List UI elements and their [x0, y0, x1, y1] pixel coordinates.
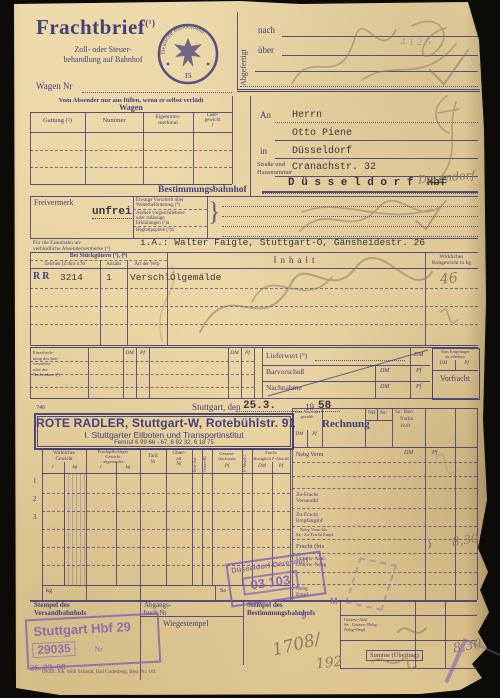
nebg-dm: DM — [404, 450, 413, 457]
frei-row2c: Erklärungen (⁵)a — [136, 221, 169, 227]
tarif-1: Tarif — [140, 454, 166, 460]
brace-glyph: } — [208, 198, 220, 227]
destination-city: D ü s s e l d o r f — [288, 177, 413, 189]
frachtpf-kg: kg — [116, 465, 140, 471]
fracht-pf: Pf — [272, 464, 290, 470]
nebg-verm-label: Nebg Verm — [296, 452, 323, 459]
tarif-2: Nr — [140, 460, 166, 466]
col-gattung: Gattung (²) — [30, 117, 85, 124]
nach-label: nach — [258, 26, 275, 36]
gesamt-pf: Pf — [212, 464, 242, 470]
nachn-label: Nachn — [400, 417, 413, 423]
form-number: 746 — [36, 405, 45, 412]
col-inhalt: Inhalt — [167, 256, 425, 266]
nb-label: NB — [368, 410, 376, 416]
addressee-street: Cranachstr. 32 — [292, 162, 376, 173]
stamp-letter-m: M — [330, 597, 338, 607]
fracht-col-2: abzüglich F-Abschl — [252, 457, 290, 462]
zufracht-versand-2: Versandbf — [296, 498, 318, 504]
nachnahme-pf: Pf — [416, 384, 421, 391]
barvorschuss-label: Barvorschuß — [266, 368, 304, 376]
gesamt-2: frachtsatz — [212, 457, 242, 462]
rechnung-title: Rechnung — [322, 418, 365, 430]
bestimmungsbahnhof-label: Bestimmungsbahnhof — [158, 185, 247, 195]
versand-date-stamp: 25. 03. 58 — [30, 663, 66, 673]
einzel-pf-1: Pf — [136, 350, 149, 356]
subtitle-line2: behandlung auf Bahnhof — [38, 56, 168, 65]
absender-dm: DM — [292, 432, 307, 438]
versand-station-stamp: Stuttgart Hbf 29 29035 Nr — [25, 613, 161, 670]
absendervermerk-value: i.A.: Walter Faigle, Stuttgart-O, Gänshe… — [140, 238, 425, 248]
col-lade-3: t — [193, 123, 232, 129]
f-abschl-vertical: F-Abschl — [243, 451, 248, 472]
zufracht-empfang-2: Empfangsbf — [296, 518, 323, 524]
col-rohgewicht-2: Rohgewicht in kg — [425, 260, 478, 266]
snd-art-vertical: Snd-Art — [193, 451, 198, 472]
fracht-dm: DM — [252, 464, 272, 470]
col-eigentum-2: merkmal — [143, 120, 193, 126]
col-art-verp: Art der Verp — [127, 262, 167, 268]
col-nummer: Nummer — [85, 117, 143, 124]
sum-kg-label: kg — [46, 588, 52, 595]
stamp-city: Stuttgart Hbf 29 — [33, 620, 131, 639]
wirkl-kg: kg — [64, 465, 86, 471]
radler-line1: ROTE RADLER, Stuttgart-W, Rotebühlstr. 9… — [36, 417, 292, 430]
lieferwert-label: Lieferwert (⁹) — [266, 352, 307, 360]
absender-pf: Pf — [307, 432, 322, 438]
addressee-salutation: Herrn — [292, 110, 322, 121]
fracht-close-paren: ) — [428, 540, 431, 550]
stamp-nr-label: Nr — [94, 645, 103, 654]
vorfracht-label: Vorfracht — [432, 375, 478, 384]
goods-verpackung: Verschl. — [130, 273, 176, 283]
an-label: An — [260, 111, 271, 121]
goods-anzahl: 1 — [106, 273, 112, 283]
vorfr-label: Vorfr — [400, 424, 410, 430]
dest-stamp-number: 03 103 — [241, 570, 299, 596]
frachtpf-t: t — [86, 465, 116, 471]
stamp-digit-9: 9 — [301, 611, 307, 622]
gueter-kl-vertical: Güter-Kl — [203, 451, 208, 472]
col-zeichen: Zeichen (Zchn) u Nr — [30, 262, 100, 268]
ueber-label: über — [258, 46, 274, 56]
einzel-dm-2: DM — [228, 350, 241, 356]
barvorschuss-pf: Pf — [416, 368, 421, 375]
nebg-bis-2: Sa : Zu-Fracht Empf — [296, 533, 333, 538]
title-footnote: (¹) — [145, 18, 155, 28]
gueterart-3: Nr — [166, 462, 192, 468]
frei-row1b: Weiterbeförderung (⁴) — [136, 203, 180, 209]
street-label-1: Straße und — [257, 161, 285, 168]
page-title: Frachtbrief(¹) — [36, 16, 156, 39]
stueckgueter-group-header: Bei Stückgütern (⁷), (⁸) — [30, 253, 167, 261]
in-label: in — [260, 147, 267, 157]
goods-gewicht-pencil: 46 — [439, 271, 458, 288]
wagen-nr-label: Wagen Nr — [36, 82, 73, 92]
date-place-label: Stuttgart, den — [192, 403, 241, 413]
wirkl-gewicht-2: Gewicht — [42, 457, 86, 463]
sa-barv-label: Sa : Barv — [395, 410, 414, 416]
row-number-1: 1 — [33, 478, 37, 486]
radler-line3: Fernruf 6 99 66 - 67, 6 92 32, 6 18 75 — [36, 440, 292, 447]
einzel-pf-2: Pf — [241, 350, 254, 356]
rote-radler-box: ROTE RADLER, Stuttgart-W, Rotebühlstr. 9… — [34, 413, 294, 450]
wiegestempel-label: Wiegestempel — [163, 620, 208, 629]
wirkl-t: t — [42, 465, 64, 471]
pencil-ref-2: 192 — [315, 655, 343, 673]
empfaenger-pf: Pf — [455, 361, 478, 367]
col-anzahl: Anzahl — [100, 262, 127, 268]
frachtbrief-scan: Frachtbrief(¹) Zoll- oder Steuer- behand… — [0, 0, 500, 698]
absender-gezahlt-2: gezahlt — [292, 415, 322, 420]
abgefertigt-label: Abgefertigt — [240, 30, 249, 86]
freivermerk-label: Freivermerk — [34, 199, 74, 208]
addressee-city: Düsseldorf — [292, 146, 352, 157]
subtitle-line1: Zoll- oder Steuer- — [38, 46, 168, 55]
summe-uebertrag-label: Summe (Übertrag) — [366, 650, 423, 661]
row-number-3: 3 — [33, 514, 37, 522]
sum-sa-label: Sa — [220, 588, 226, 595]
title-text: Frachtbrief — [36, 15, 145, 39]
row-number-2: 2 — [33, 496, 37, 504]
goods-zeichen: RR — [33, 271, 51, 282]
addressee-name: Otto Piene — [292, 128, 352, 139]
freivermerk-value: unfrei — [92, 206, 132, 219]
lieferwert-dm: DM — [414, 352, 423, 359]
frei-row3: Begleitpapiere (⁵)b — [136, 228, 174, 234]
fracht-label: Fracht (bis — [296, 543, 324, 550]
sum-unterw-3: Nebg-Empf — [344, 628, 365, 633]
goods-nummer: 3214 — [60, 273, 83, 283]
stamp-number: 29035 — [32, 641, 76, 658]
goods-inhalt: Ölgemälde — [170, 273, 221, 283]
radler-line2: I. Stuttgarter Eilboten und Transportins… — [36, 431, 292, 440]
faint-stamp-number: 4125 — [400, 36, 434, 48]
empfaenger-dm: DM — [432, 361, 455, 367]
nachnahme-label: Nachnahme — [266, 384, 302, 392]
nachnahme-dm: DM — [380, 384, 389, 391]
einzel-dm-1: DM — [123, 350, 136, 356]
barvorschuss-dm: DM — [380, 368, 389, 375]
nebg-pf: Pf — [432, 450, 437, 457]
nr-label: Nr: — [380, 410, 387, 416]
